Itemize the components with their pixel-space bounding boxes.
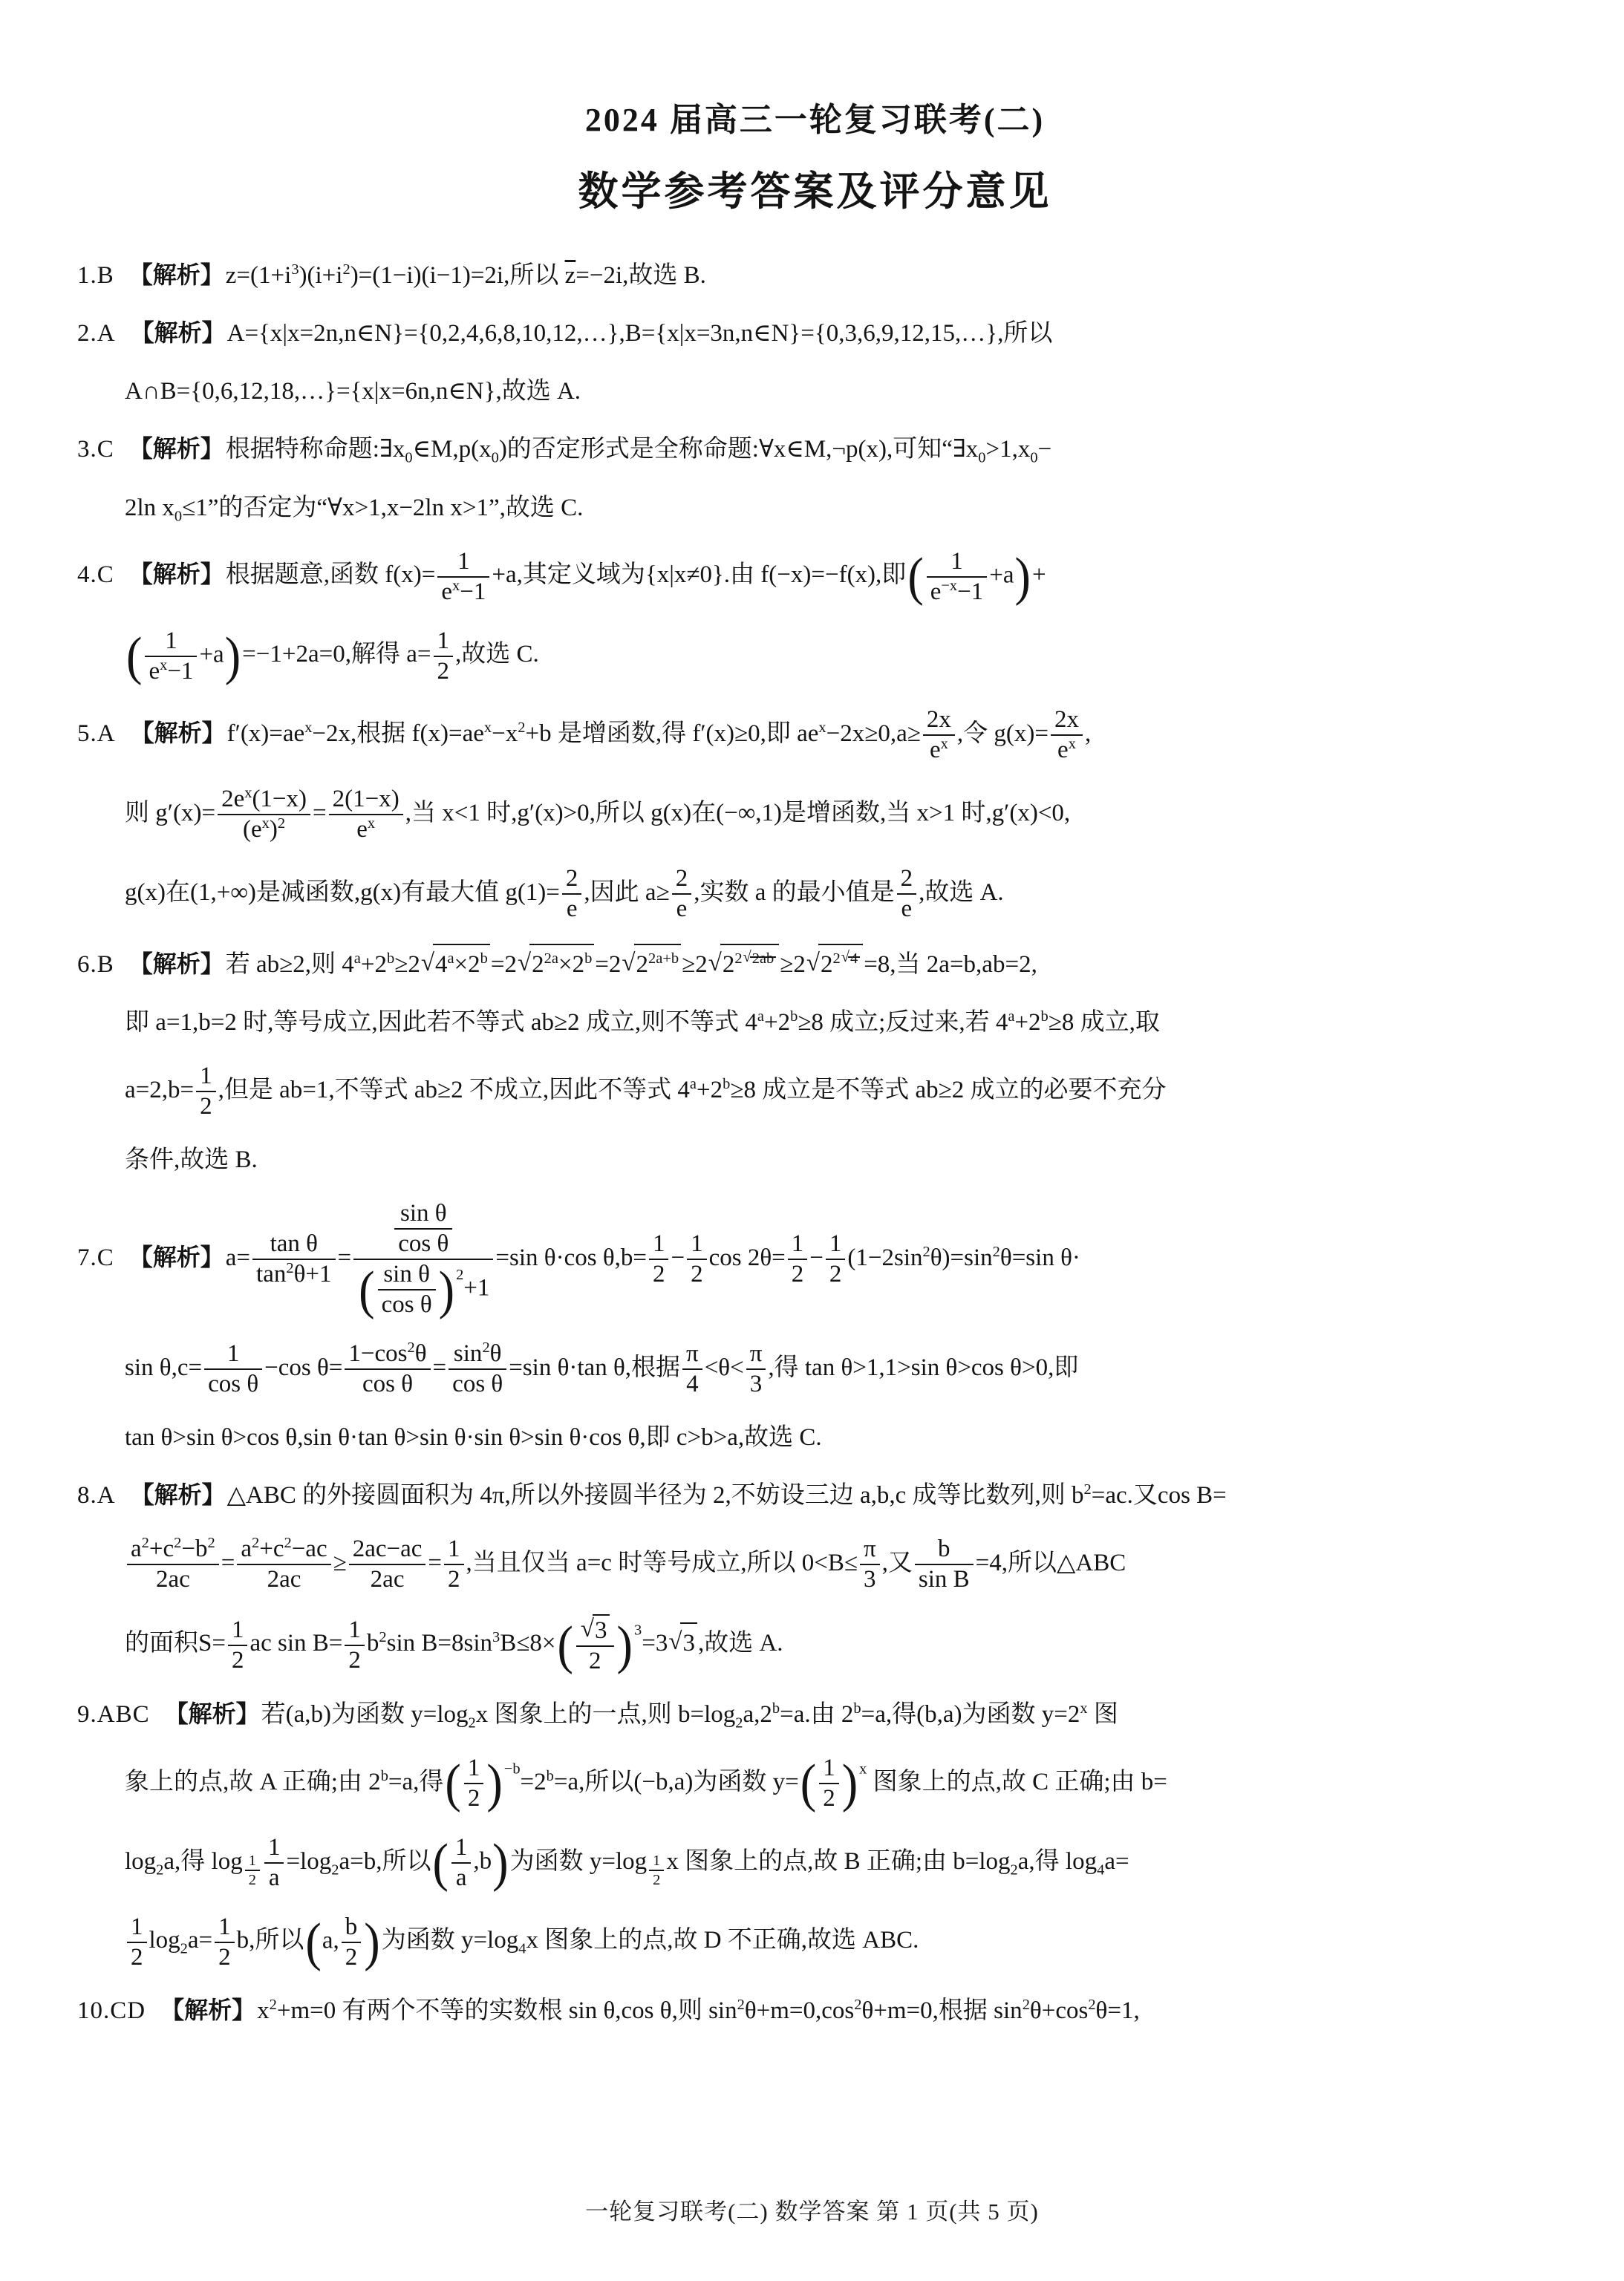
answer-item: 10.CD【解析】x2+m=0 有两个不等的实数根 sin θ,cos θ,则 … [77,1992,1553,2030]
item-answer-label: 10.CD [77,1997,146,2024]
item-solution-text: 的面积S=12ac sin B=12b2sin B=8sin3B≤8×(√32)… [125,1630,783,1657]
item-solution-text: 即 a=1,b=2 时,等号成立,因此若不等式 ab≥2 成立,则不等式 4a+… [125,1009,1160,1036]
item-solution-text: a2+c2−b22ac=a2+c2−ac2ac≥2ac−ac2ac=12,当且仅… [125,1550,1126,1576]
item-analysis-marker: 【解析】 [131,719,226,747]
item-continuation-line: a=2,b=12,但是 ab=1,不等式 ab≥2 不成立,因此不等式 4a+2… [125,1062,1553,1121]
item-continuation-line: tan θ>sin θ>cos θ,sin θ·tan θ>sin θ·sin … [125,1419,1553,1457]
item-solution-text: 象上的点,故 A 正确;由 2b=a,得(12)−b=2b=a,所以(−b,a)… [125,1769,1167,1795]
item-solution-text: A∩B={0,6,12,18,…}={x|x=6n,n∈N},故选 A. [125,378,581,405]
item-analysis-marker: 【解析】 [165,1700,260,1728]
item-answer-label: 5.A [77,720,116,747]
page-footer: 一轮复习联考(二) 数学答案 第 1 页(共 5 页) [0,2193,1624,2226]
answer-item: 4.C【解析】根据题意,函数 f(x)=1ex−1+a,其定义域为{x|x≠0}… [77,547,1553,686]
item-continuation-line: sin θ,c=1cos θ−cos θ=1−cos2θcos θ=sin2θc… [125,1339,1553,1399]
answer-item: 3.C【解析】根据特称命题:∃x0∈M,p(x0)的否定形式是全称命题:∀x∈M… [77,431,1553,526]
item-answer-label: 2.A [77,320,116,347]
item-analysis-marker: 【解析】 [129,1243,224,1271]
answer-item: 2.A【解析】A={x|x=2n,n∈N}={0,2,4,6,8,10,12,…… [77,315,1553,411]
item-solution-text: 根据特称命题:∃x0∈M,p(x0)的否定形式是全称命题:∀x∈M,¬p(x),… [226,436,1051,463]
item-answer-label: 3.C [77,436,114,463]
answer-item: 7.C【解析】a=tan θtan2θ+1=sin θcos θ(sin θco… [77,1199,1553,1457]
item-answer-label: 4.C [77,561,114,588]
item-analysis-marker: 【解析】 [129,560,224,588]
item-solution-text: tan θ>sin θ>cos θ,sin θ·tan θ>sin θ·sin … [125,1424,822,1451]
item-continuation-line: 象上的点,故 A 正确;由 2b=a,得(12)−b=2b=a,所以(−b,a)… [125,1754,1553,1813]
item-first-line: 2.A【解析】A={x|x=2n,n∈N}={0,2,4,6,8,10,12,…… [77,315,1553,353]
document-page: 2024 届高三一轮复习联考(二) 数学参考答案及评分意见 1.B【解析】z=(… [0,0,1624,2281]
item-solution-text: a=2,b=12,但是 ab=1,不等式 ab≥2 不成立,因此不等式 4a+2… [125,1077,1166,1103]
item-solution-text: (1ex−1+a)=−1+2a=0,解得 a=12,故选 C. [125,641,539,668]
item-solution-text: 条件,故选 B. [125,1146,258,1173]
item-solution-text: sin θ,c=1cos θ−cos θ=1−cos2θcos θ=sin2θc… [125,1354,1078,1381]
item-answer-label: 1.B [77,262,114,289]
item-solution-text: A={x|x=2n,n∈N}={0,2,4,6,8,10,12,…},B={x|… [227,320,1053,347]
item-solution-text: 2ln x0≤1”的否定为“∀x>1,x−2ln x>1”,故选 C. [125,495,583,521]
item-continuation-line: A∩B={0,6,12,18,…}={x|x=6n,n∈N},故选 A. [125,373,1553,411]
item-solution-text: z=(1+i3)(i+i2)=(1−i)(i−1)=2i,所以 z=−2i,故选… [226,262,706,289]
item-solution-text: a=tan θtan2θ+1=sin θcos θ(sin θcos θ)2+1… [226,1244,1080,1271]
item-answer-label: 6.B [77,951,114,978]
item-first-line: 4.C【解析】根据题意,函数 f(x)=1ex−1+a,其定义域为{x|x≠0}… [77,547,1553,607]
item-solution-text: g(x)在(1,+∞)是减函数,g(x)有最大值 g(1)=2e,因此 a≥2e… [125,879,1004,906]
page-subtitle: 数学参考答案及评分意见 [77,160,1553,217]
item-first-line: 10.CD【解析】x2+m=0 有两个不等的实数根 sin θ,cos θ,则 … [77,1992,1553,2030]
answer-item: 5.A【解析】f′(x)=aex−2x,根据 f(x)=aex−x2+b 是增函… [77,705,1553,924]
item-continuation-line: 条件,故选 B. [125,1141,1553,1179]
item-first-line: 7.C【解析】a=tan θtan2θ+1=sin θcos θ(sin θco… [77,1199,1553,1319]
item-continuation-line: 即 a=1,b=2 时,等号成立,因此若不等式 ab≥2 成立,则不等式 4a+… [125,1004,1553,1042]
item-solution-text: x2+m=0 有两个不等的实数根 sin θ,cos θ,则 sin2θ+m=0… [257,1997,1140,2024]
answer-item: 1.B【解析】z=(1+i3)(i+i2)=(1−i)(i−1)=2i,所以 z… [77,257,1553,295]
item-continuation-line: a2+c2−b22ac=a2+c2−ac2ac≥2ac−ac2ac=12,当且仅… [125,1535,1553,1594]
item-continuation-line: (1ex−1+a)=−1+2a=0,解得 a=12,故选 C. [125,627,1553,686]
item-first-line: 8.A【解析】△ABC 的外接圆面积为 4π,所以外接圆半径为 2,不妨设三边 … [77,1477,1553,1515]
item-analysis-marker: 【解析】 [131,319,226,347]
item-answer-label: 7.C [77,1244,114,1271]
item-first-line: 1.B【解析】z=(1+i3)(i+i2)=(1−i)(i−1)=2i,所以 z… [77,257,1553,295]
item-answer-label: 9.ABC [77,1701,150,1728]
item-solution-text: 若(a,b)为函数 y=log2x 图象上的一点,则 b=log2a,2b=a.… [261,1701,1118,1728]
item-analysis-marker: 【解析】 [160,1996,255,2024]
answer-item: 8.A【解析】△ABC 的外接圆面积为 4π,所以外接圆半径为 2,不妨设三边 … [77,1477,1553,1676]
item-answer-label: 8.A [77,1482,116,1509]
item-continuation-line: 12log2a=12b,所以(a,b2)为函数 y=log4x 图象上的点,故 … [125,1913,1553,1972]
item-solution-text: log2a,得 log121a=log2a=b,所以(1a,b)为函数 y=lo… [125,1848,1129,1875]
answer-item: 9.ABC【解析】若(a,b)为函数 y=log2x 图象上的一点,则 b=lo… [77,1696,1553,1972]
item-solution-text: 12log2a=12b,所以(a,b2)为函数 y=log4x 图象上的点,故 … [125,1927,919,1954]
item-solution-text: 则 g′(x)=2ex(1−x)(ex)2=2(1−x)ex,当 x<1 时,g… [125,800,1070,826]
item-analysis-marker: 【解析】 [129,950,224,978]
item-solution-text: 根据题意,函数 f(x)=1ex−1+a,其定义域为{x|x≠0}.由 f(−x… [226,561,1046,588]
item-continuation-line: log2a,得 log121a=log2a=b,所以(1a,b)为函数 y=lo… [125,1833,1553,1893]
item-continuation-line: 2ln x0≤1”的否定为“∀x>1,x−2ln x>1”,故选 C. [125,489,1553,527]
item-solution-text: 若 ab≥2,则 4a+2b≥2√4a×2b=2√22a×2b=2√22a+b≥… [226,951,1037,978]
item-analysis-marker: 【解析】 [129,434,224,463]
item-solution-text: f′(x)=aex−2x,根据 f(x)=aex−x2+b 是增函数,得 f′(… [227,720,1092,747]
item-continuation-line: 的面积S=12ac sin B=12b2sin B=8sin3B≤8×(√32)… [125,1614,1553,1676]
answer-list: 1.B【解析】z=(1+i3)(i+i2)=(1−i)(i−1)=2i,所以 z… [77,257,1553,2030]
item-continuation-line: 则 g′(x)=2ex(1−x)(ex)2=2(1−x)ex,当 x<1 时,g… [125,785,1553,844]
item-first-line: 5.A【解析】f′(x)=aex−2x,根据 f(x)=aex−x2+b 是增函… [77,705,1553,765]
item-first-line: 6.B【解析】若 ab≥2,则 4a+2b≥2√4a×2b=2√22a×2b=2… [77,944,1553,984]
item-first-line: 9.ABC【解析】若(a,b)为函数 y=log2x 图象上的一点,则 b=lo… [77,1696,1553,1734]
item-first-line: 3.C【解析】根据特称命题:∃x0∈M,p(x0)的否定形式是全称命题:∀x∈M… [77,431,1553,469]
item-continuation-line: g(x)在(1,+∞)是减函数,g(x)有最大值 g(1)=2e,因此 a≥2e… [125,864,1553,924]
page-title: 2024 届高三一轮复习联考(二) [77,93,1553,140]
item-analysis-marker: 【解析】 [131,1481,226,1509]
answer-item: 6.B【解析】若 ab≥2,则 4a+2b≥2√4a×2b=2√22a×2b=2… [77,944,1553,1179]
item-analysis-marker: 【解析】 [129,261,224,289]
item-solution-text: △ABC 的外接圆面积为 4π,所以外接圆半径为 2,不妨设三边 a,b,c 成… [227,1482,1227,1509]
